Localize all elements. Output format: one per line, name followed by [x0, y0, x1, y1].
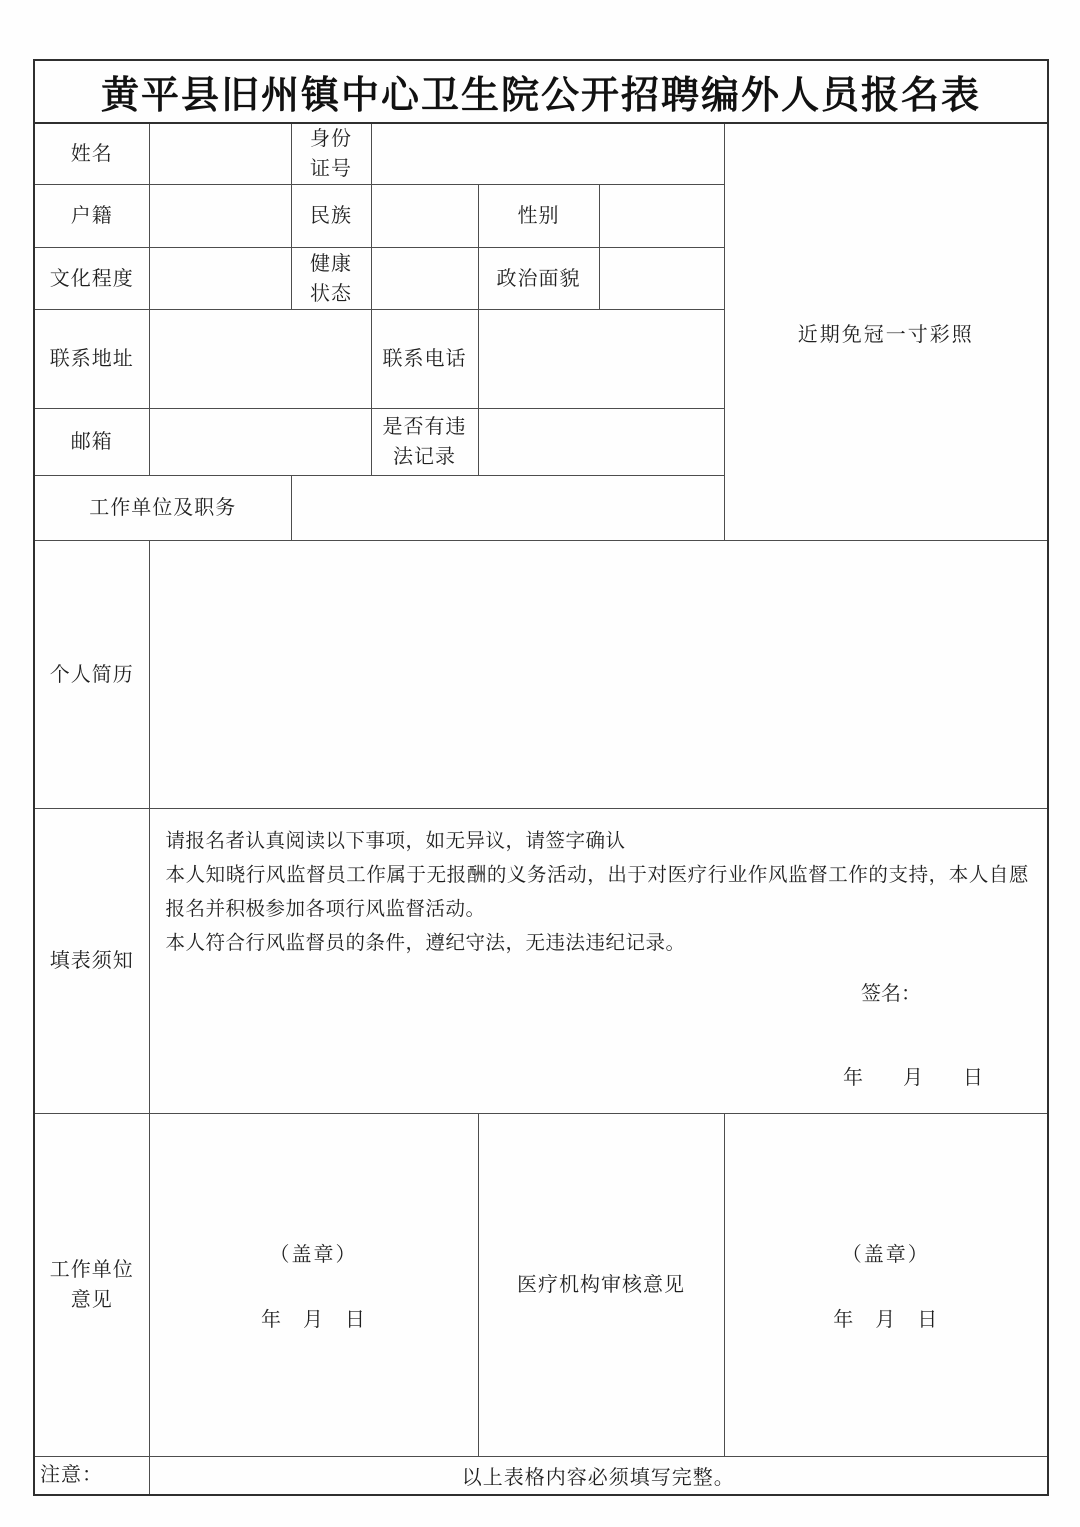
household-input-cell[interactable]	[149, 185, 291, 248]
form-title: 黄平县旧州镇中心卫生院公开招聘编外人员报名表	[34, 60, 1048, 123]
note-text: 以上表格内容必须填写完整。	[149, 1457, 1048, 1495]
phone-label: 联系电话	[371, 310, 478, 409]
medical-date-label: 年 月 日	[725, 1303, 1048, 1332]
medical-stamp-label: （盖章）	[725, 1238, 1048, 1267]
signature-date-line: 年 月 日	[166, 1038, 1030, 1113]
email-input-cell[interactable]	[149, 409, 371, 476]
name-input-cell[interactable]	[149, 123, 291, 185]
education-label: 文化程度	[34, 248, 149, 310]
title-row: 黄平县旧州镇中心卫生院公开招聘编外人员报名表	[34, 60, 1048, 123]
education-input-cell[interactable]	[149, 248, 291, 310]
illegal-record-input-cell[interactable]	[478, 409, 724, 476]
note-label: 注意：	[34, 1457, 149, 1495]
table-row-name: 姓名 身份 证号 近期免冠一寸彩照	[34, 123, 1048, 185]
id-number-input-cell[interactable]	[371, 123, 724, 185]
work-unit-stamp-cell: （盖章） 年 月 日	[149, 1114, 478, 1457]
notice-text: 请报名者认真阅读以下事项，如无异议，请签字确认 本人知晓行风监督员工作属于无报酬…	[166, 825, 1030, 961]
phone-input-cell[interactable]	[478, 310, 724, 409]
signature-line: 签名：	[166, 977, 1030, 1006]
table-row-notice: 填表须知 请报名者认真阅读以下事项，如无异议，请签字确认 本人知晓行风监督员工作…	[34, 809, 1048, 1114]
photo-placeholder-cell: 近期免冠一寸彩照	[724, 123, 1048, 541]
political-status-label: 政治面貌	[478, 248, 599, 310]
table-row-note: 注意： 以上表格内容必须填写完整。	[34, 1457, 1048, 1495]
resume-label: 个人简历	[34, 541, 149, 809]
address-label: 联系地址	[34, 310, 149, 409]
document-page: 黄平县旧州镇中心卫生院公开招聘编外人员报名表 姓名 身份 证号 近期免冠一寸彩照…	[0, 0, 1080, 1527]
signature-label: 签名：	[861, 983, 921, 1005]
address-input-cell[interactable]	[149, 310, 371, 409]
notice-line-2: 本人知晓行风监督员工作属于无报酬的义务活动，出于对医疗行业作风监督工作的支持，本…	[166, 859, 1030, 927]
id-number-label: 身份 证号	[291, 123, 371, 185]
email-label: 邮箱	[34, 409, 149, 476]
work-unit-opinion-label: 工作单位 意见	[34, 1114, 149, 1457]
illegal-record-label: 是否有违 法记录	[371, 409, 478, 476]
work-unit-input-cell[interactable]	[291, 476, 724, 541]
table-row-opinions: 工作单位 意见 （盖章） 年 月 日 医疗机构审核意见 （盖章） 年 月 日	[34, 1114, 1048, 1457]
notice-line-3: 本人符合行风监督员的条件，遵纪守法，无违法违纪记录。	[166, 927, 1030, 961]
table-row-resume: 个人简历	[34, 541, 1048, 809]
medical-stamp-cell: （盖章） 年 月 日	[724, 1114, 1048, 1457]
household-label: 户籍	[34, 185, 149, 248]
work-unit-label: 工作单位及职务	[34, 476, 291, 541]
gender-label: 性别	[478, 185, 599, 248]
work-unit-date-label: 年 月 日	[150, 1303, 478, 1332]
name-label: 姓名	[34, 123, 149, 185]
notice-line-1: 请报名者认真阅读以下事项，如无异议，请签字确认	[166, 825, 1030, 859]
application-form-table: 黄平县旧州镇中心卫生院公开招聘编外人员报名表 姓名 身份 证号 近期免冠一寸彩照…	[33, 59, 1049, 1496]
signature-date-label: 年 月 日	[843, 1067, 983, 1089]
notice-content-cell: 请报名者认真阅读以下事项，如无异议，请签字确认 本人知晓行风监督员工作属于无报酬…	[149, 809, 1048, 1114]
ethnicity-input-cell[interactable]	[371, 185, 478, 248]
medical-opinion-label: 医疗机构审核意见	[478, 1114, 724, 1457]
health-input-cell[interactable]	[371, 248, 478, 310]
work-unit-stamp-label: （盖章）	[150, 1238, 478, 1267]
photo-note-text: 近期免冠一寸彩照	[798, 324, 974, 346]
notice-label: 填表须知	[34, 809, 149, 1114]
resume-input-cell[interactable]	[149, 541, 1048, 809]
health-label: 健康 状态	[291, 248, 371, 310]
political-status-input-cell[interactable]	[599, 248, 724, 310]
ethnicity-label: 民族	[291, 185, 371, 248]
gender-input-cell[interactable]	[599, 185, 724, 248]
